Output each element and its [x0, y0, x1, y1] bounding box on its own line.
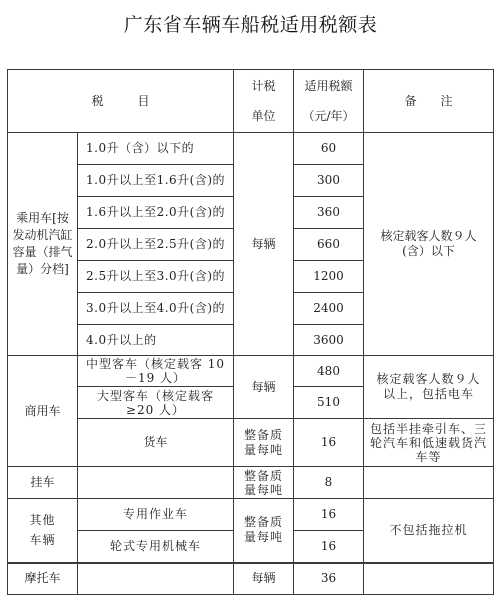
note-cell: 核定载客人数９人(含）以下	[364, 133, 494, 356]
note-cell	[364, 467, 494, 499]
item-cell: 轮式专用机械车	[78, 531, 234, 563]
rate-cell: 3600	[294, 325, 364, 356]
rate-cell: 360	[294, 197, 364, 229]
table-row: 其他车辆 专用作业车 整备质量每吨 16 不包括拖拉机	[8, 499, 494, 531]
header-rate: 适用税额 （元/年）	[294, 70, 364, 133]
rate-cell: 60	[294, 133, 364, 165]
header-note: 备注	[364, 70, 494, 133]
unit-cell: 整备质量每吨	[234, 419, 294, 467]
rate-cell: 480	[294, 356, 364, 387]
unit-cell: 整备质量每吨	[234, 499, 294, 563]
item-cell: 1.0升（含）以下的	[78, 133, 234, 165]
item-cell: 2.5升以上至3.0升(含)的	[78, 261, 234, 293]
passenger-category: 乘用车[按发动机汽缸容量（排气量）分档]	[8, 133, 78, 356]
item-cell: 4.0升以上的	[78, 325, 234, 356]
rate-cell: 8	[294, 467, 364, 499]
header-item: 税目	[8, 70, 234, 133]
rate-cell: 660	[294, 229, 364, 261]
unit-cell: 每辆	[234, 356, 294, 419]
rate-cell: 16	[294, 419, 364, 467]
item-cell	[78, 563, 234, 595]
table-row: 乘用车[按发动机汽缸容量（排气量）分档] 1.0升（含）以下的 每辆 60 核定…	[8, 133, 494, 165]
table-row: 挂车 整备质量每吨 8	[8, 467, 494, 499]
rate-cell: 16	[294, 531, 364, 563]
trailer-category: 挂车	[8, 467, 78, 499]
other-category: 其他车辆	[8, 499, 78, 563]
table-row: 商用车 中型客车（核定载客 10－19 人） 每辆 480 核定载客人数９人以上…	[8, 356, 494, 387]
item-cell: 货车	[78, 419, 234, 467]
motorcycle-category: 摩托车	[8, 563, 78, 595]
item-cell: 1.6升以上至2.0升(含)的	[78, 197, 234, 229]
note-cell: 核定载客人数９人以上，包括电车	[364, 356, 494, 419]
header-row: 税目 计税 单位 适用税额 （元/年） 备注	[8, 70, 494, 133]
item-cell: 中型客车（核定载客 10－19 人）	[78, 356, 234, 387]
unit-cell: 每辆	[234, 133, 294, 356]
rate-cell: 16	[294, 499, 364, 531]
tax-rate-table: 税目 计税 单位 适用税额 （元/年） 备注 乘用车[按发动机汽缸容量（排气量）…	[7, 69, 494, 595]
item-cell: 1.0升以上至1.6升(含)的	[78, 165, 234, 197]
unit-cell: 每辆	[234, 563, 294, 595]
rate-cell: 1200	[294, 261, 364, 293]
item-cell	[78, 467, 234, 499]
rate-cell: 36	[294, 563, 364, 595]
item-cell: 大型客车（核定载客≥20 人）	[78, 387, 234, 419]
note-cell: 包括半挂牵引车、三轮汽车和低速载货汽车等	[364, 419, 494, 467]
unit-cell: 整备质量每吨	[234, 467, 294, 499]
table-row: 摩托车 每辆 36	[8, 563, 494, 595]
rate-cell: 300	[294, 165, 364, 197]
note-cell	[364, 563, 494, 595]
item-cell: 专用作业车	[78, 499, 234, 531]
rate-cell: 510	[294, 387, 364, 419]
item-cell: 2.0升以上至2.5升(含)的	[78, 229, 234, 261]
note-cell: 不包括拖拉机	[364, 499, 494, 563]
header-unit: 计税 单位	[234, 70, 294, 133]
item-cell: 3.0升以上至4.0升(含)的	[78, 293, 234, 325]
rate-cell: 2400	[294, 293, 364, 325]
table-row: 货车 整备质量每吨 16 包括半挂牵引车、三轮汽车和低速载货汽车等	[8, 419, 494, 467]
page-title: 广东省车辆车船税适用税额表	[0, 10, 501, 37]
commercial-category: 商用车	[8, 356, 78, 467]
